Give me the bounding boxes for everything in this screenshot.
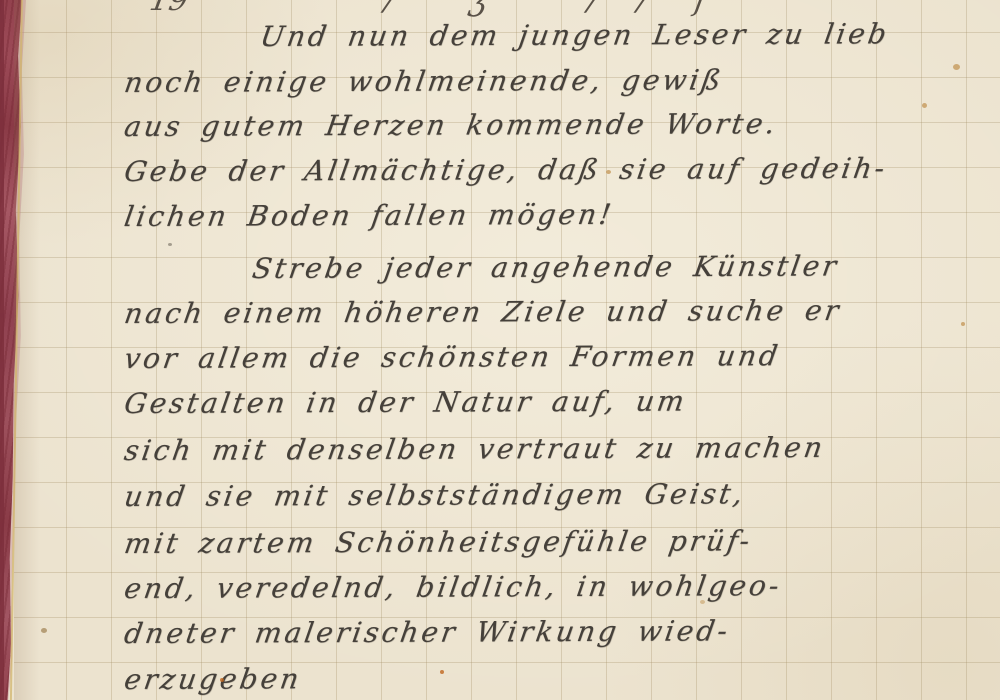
- foxing-spot: [961, 322, 965, 326]
- foxing-spot: [41, 628, 47, 633]
- handwritten-line: lichen Boden fallen mögen!: [122, 198, 616, 233]
- foxing-spot: [700, 600, 705, 604]
- handwritten-line: Strebe jeder angehende Künstler: [250, 249, 841, 285]
- handwritten-line: erzugeben: [122, 662, 304, 696]
- handwritten-line: und sie mit selbstständigem Geist,: [122, 477, 748, 513]
- handwritten-line: dneter malerischer Wirkung wied-: [122, 614, 733, 650]
- handwritten-line: aus gutem Herzen kommende Worte.: [122, 107, 780, 143]
- foxing-spot: [953, 64, 960, 70]
- handwritten-line: Gestalten in der Natur auf, um: [122, 385, 689, 420]
- foxing-spot: [168, 243, 172, 246]
- book-binding-spine-line: [0, 0, 4, 700]
- handwritten-line: sich mit denselben vertraut zu machen: [122, 431, 828, 467]
- foxing-spot: [220, 678, 224, 682]
- handwritten-line: vor allem die schönsten Formen und: [122, 339, 783, 375]
- handwritten-line: Und nun dem jungen Leser zu lieb: [258, 17, 892, 53]
- handwritten-line: end, veredelnd, bildlich, in wohlgeo-: [122, 569, 784, 605]
- handwritten-line: noch einige wohlmeinende, gewiß: [122, 63, 726, 99]
- foxing-spot: [922, 103, 927, 108]
- previous-line-fragment: 19: [147, 0, 191, 18]
- handwritten-line: Gebe der Allmächtige, daß sie auf gedeih…: [122, 152, 890, 188]
- foxing-spot: [606, 170, 611, 174]
- handwritten-line: nach einem höheren Ziele und suche er: [122, 294, 844, 330]
- handwritten-line: mit zartem Schönheitsgefühle prüf-: [122, 524, 755, 560]
- manuscript-page: 19 / ʒ '/ /” f Und nun dem jungen Leser …: [0, 0, 1000, 700]
- foxing-spot: [440, 670, 444, 674]
- binding-shadow: [14, 0, 40, 700]
